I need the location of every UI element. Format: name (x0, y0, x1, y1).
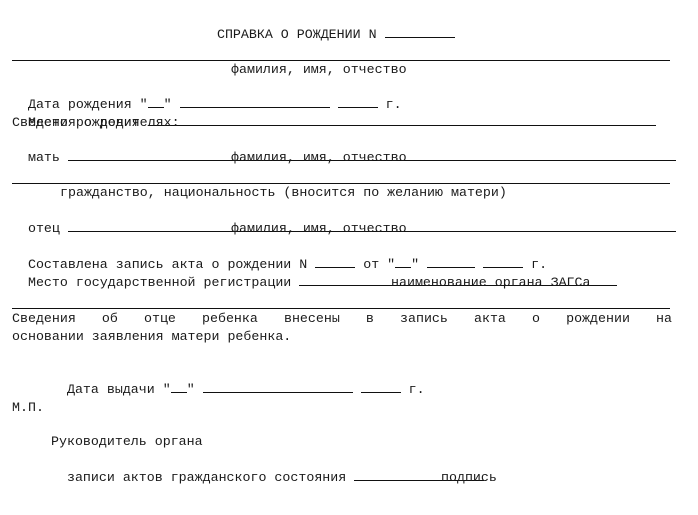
father-row: отец (12, 203, 676, 219)
child-name-caption: фамилия, имя, отчество (231, 62, 407, 78)
issue-day-field[interactable] (171, 380, 187, 393)
certificate-number-field[interactable] (385, 25, 455, 38)
registration-place-caption: наименование органа ЗАГСа (391, 275, 591, 291)
mother-name-caption: фамилия, имя, отчество (231, 150, 407, 166)
signature-row: записи актов гражданского состояния (51, 452, 484, 468)
registration-place-label: Место государственной регистрации (28, 275, 291, 290)
issue-date-label: Дата выдачи (67, 382, 155, 397)
mother-citizenship-caption: гражданство, национальность (вносится по… (60, 185, 507, 201)
document-title: СПРАВКА О РОЖДЕНИИ N (201, 9, 455, 25)
issue-year-field[interactable] (361, 380, 401, 393)
signature-caption: подпись (441, 470, 497, 486)
father-label: отец (28, 221, 60, 236)
father-name-caption: фамилия, имя, отчество (231, 221, 407, 237)
parents-heading: Сведения о родителях: (12, 115, 180, 131)
signature-line2: записи актов гражданского состояния (67, 470, 346, 485)
stamp-label: М.П. (12, 400, 44, 416)
mother-label: мать (28, 150, 60, 165)
registration-extra-field[interactable] (12, 308, 670, 309)
mother-row: мать (12, 132, 676, 148)
record-row: Составлена запись акта о рождении N от "… (12, 239, 547, 255)
issue-year-suffix: г. (409, 382, 425, 397)
title-text: СПРАВКА О РОЖДЕНИИ N (217, 27, 377, 42)
birth-place-field[interactable] (148, 113, 656, 126)
birth-date-row: Дата рождения "" г. (12, 79, 402, 95)
father-note-line2: основании заявления матери ребенка. (12, 329, 291, 345)
child-name-field[interactable] (12, 60, 670, 61)
father-note-line1: Сведения об отце ребенка внесены в запис… (12, 311, 672, 327)
registration-place-row: Место государственной регистрации (12, 257, 617, 273)
issue-date-row: Дата выдачи "" г. (51, 364, 425, 380)
issue-month-field[interactable] (203, 380, 353, 393)
signature-line1: Руководитель органа (51, 434, 203, 450)
birth-place-row: Место рождения (12, 97, 656, 113)
mother-citizenship-field[interactable] (12, 183, 670, 184)
